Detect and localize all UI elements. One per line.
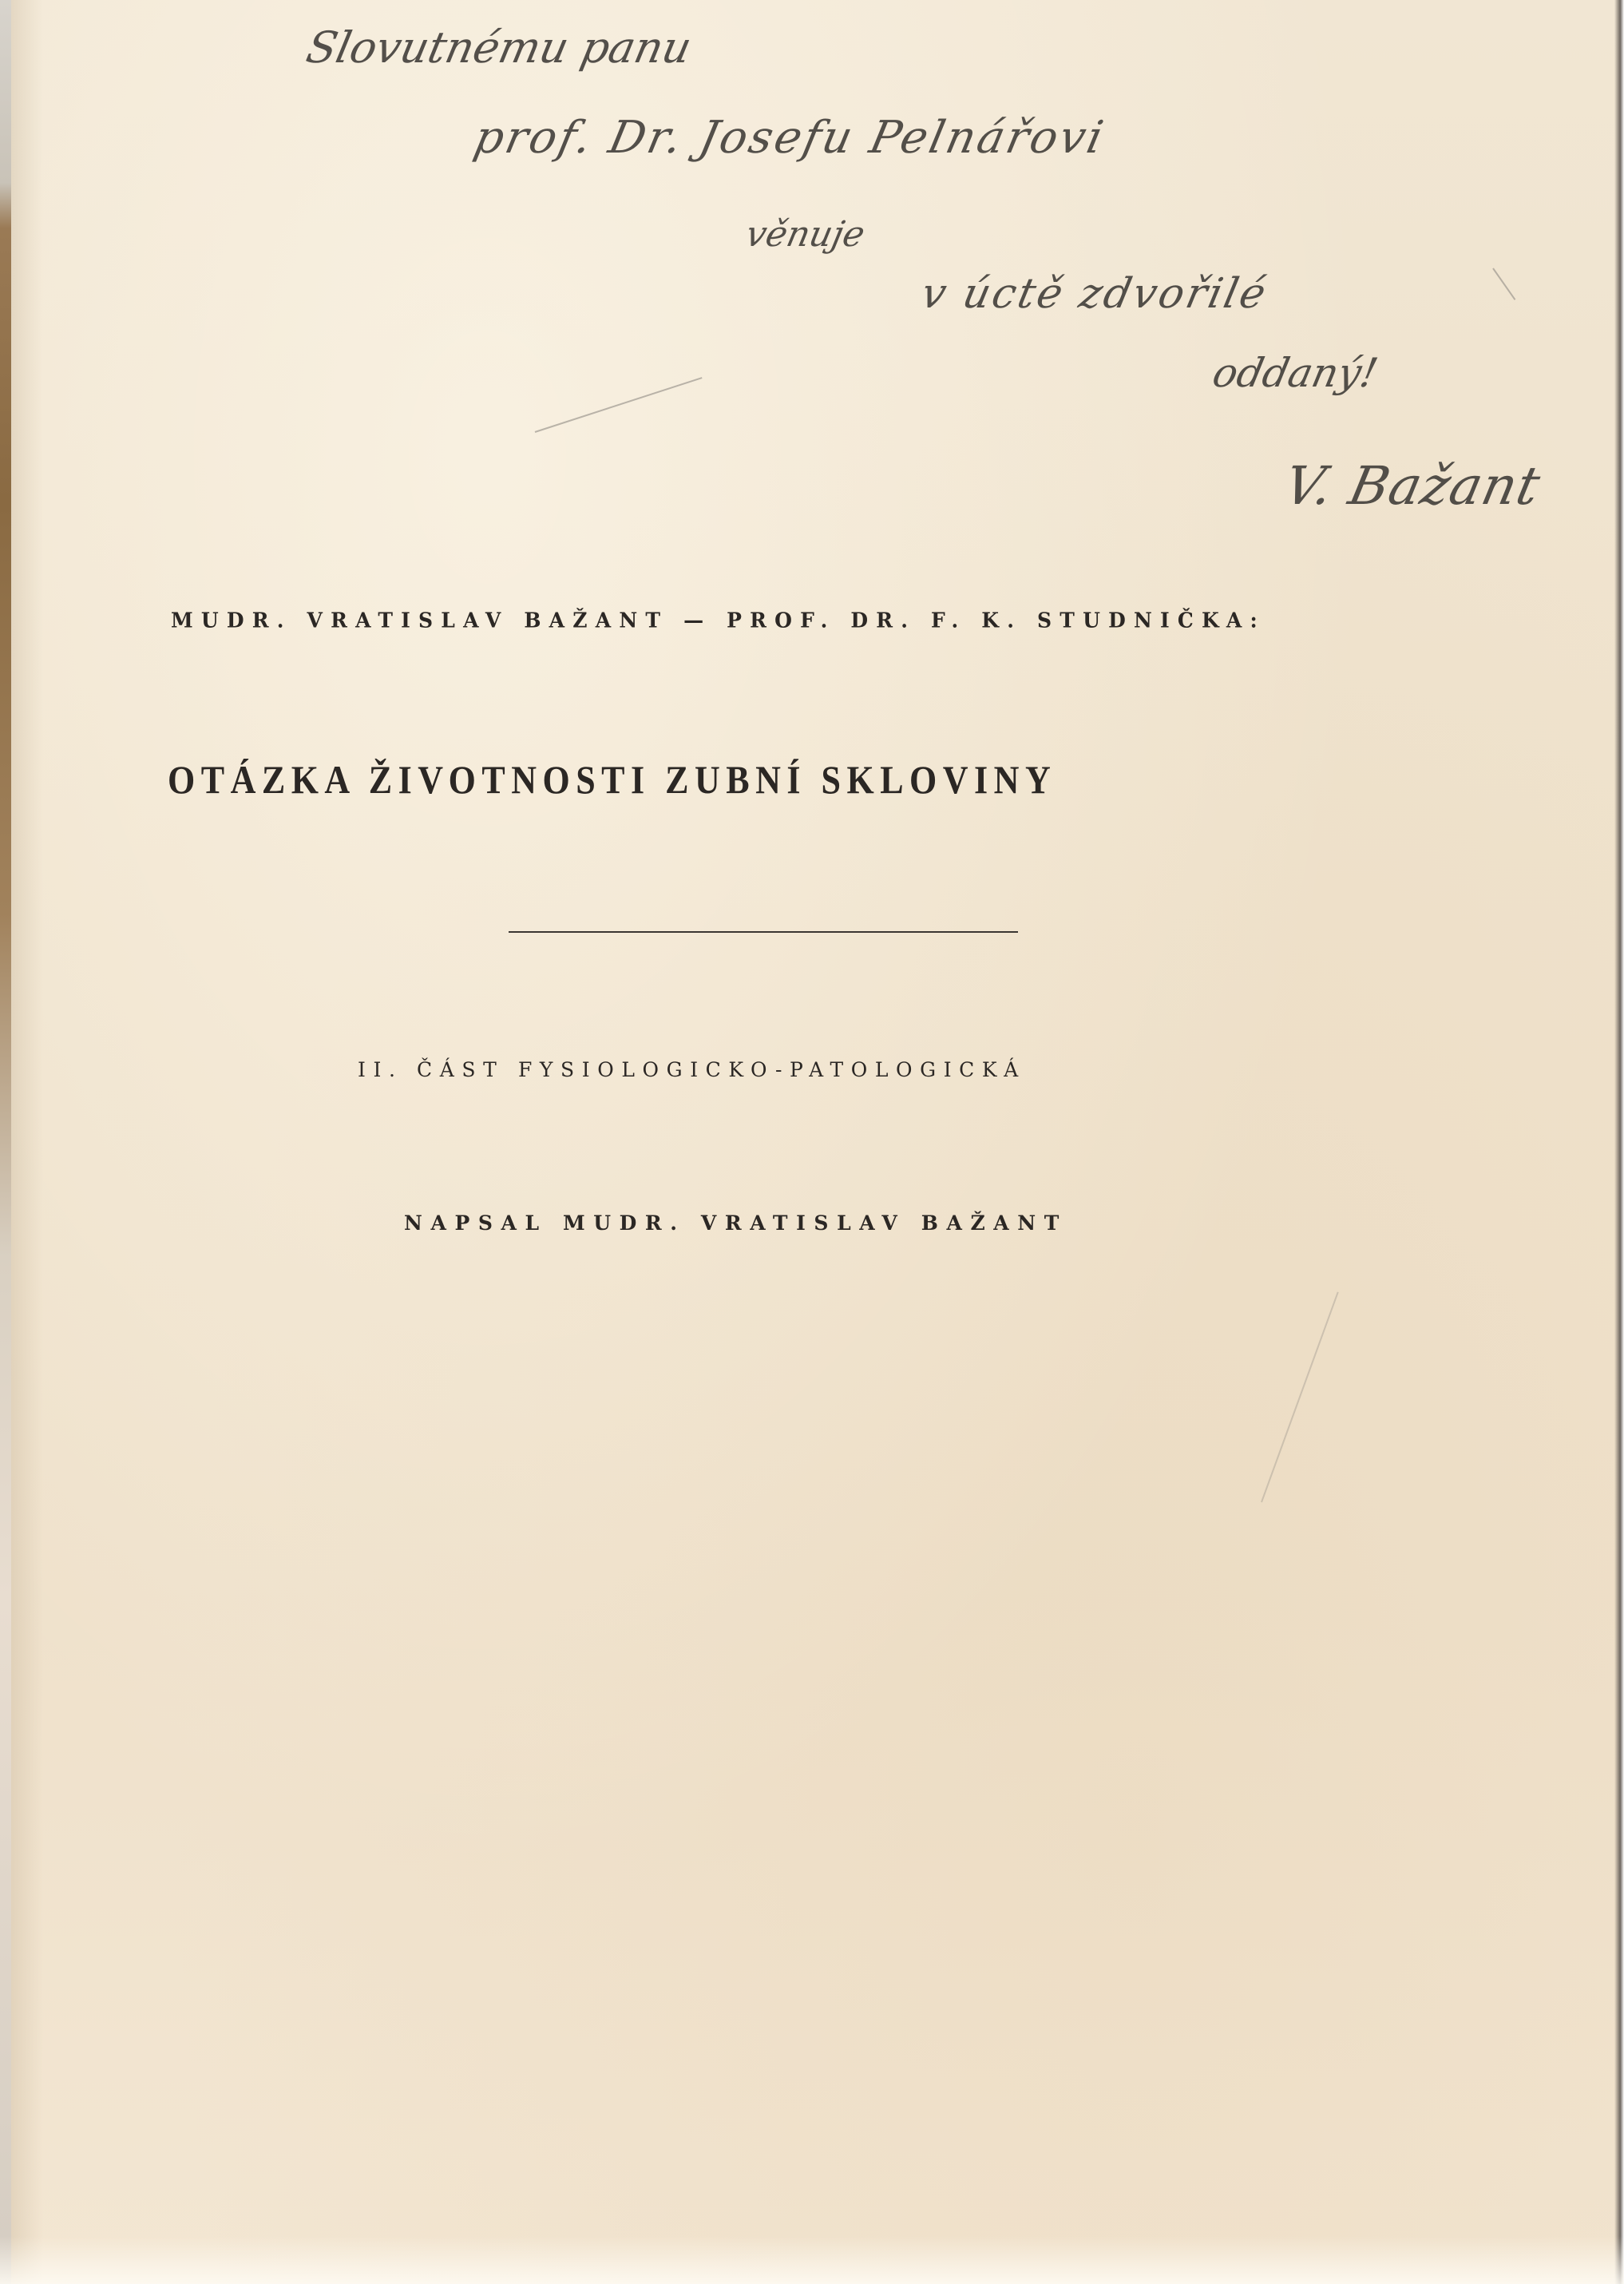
dedication-line-3: věnuje [743,214,869,255]
dedication-line-5: oddaný! [1209,350,1382,396]
pencil-mark [1492,268,1515,299]
torn-spine-edge [0,0,11,2284]
page-bottom-edge [0,2236,1624,2284]
page-right-edge [1614,0,1624,2284]
horizontal-rule [509,931,1018,933]
pencil-mark [1261,1292,1339,1503]
handwritten-signature: V. Bažant [1279,455,1546,517]
dedication-line-2: prof. Dr. Josefu Pelnářovi [469,112,1110,164]
pencil-mark [535,377,703,433]
written-by-line: NAPSAL MUDR. VRATISLAV BAŽANT [404,1211,1067,1235]
dedication-line-4: v úctě zdvořilé [917,270,1273,318]
document-title: OTÁZKA ŽIVOTNOSTI ZUBNÍ SKLOVINY [168,757,1056,803]
spine-shadow [11,0,43,2284]
authors-line: MUDR. VRATISLAV BAŽANT — PROF. DR. F. K.… [171,608,1266,632]
document-page: Slovutnému panu prof. Dr. Josefu Pelnářo… [0,0,1624,2284]
part-subtitle: II. ČÁST FYSIOLOGICKO-PATOLOGICKÁ [358,1058,1026,1081]
dedication-line-1: Slovutnému panu [302,22,695,73]
